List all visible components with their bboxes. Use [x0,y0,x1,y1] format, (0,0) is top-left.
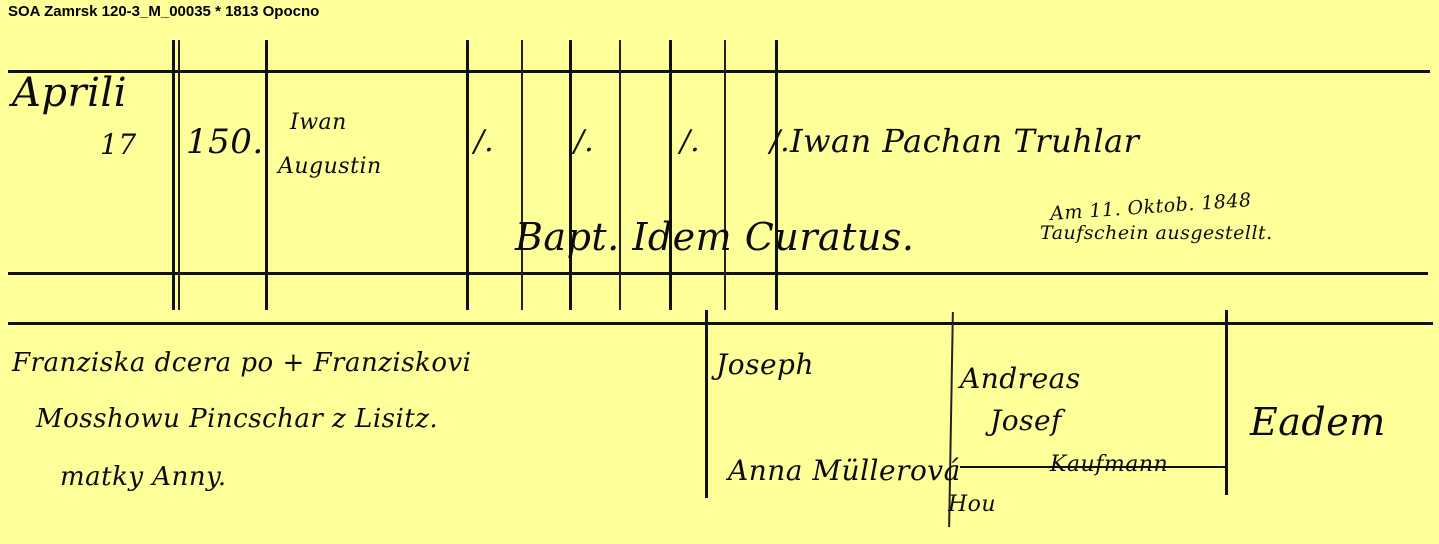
father-name: Iwan Pachan Truhlar [790,122,1139,160]
entry-month: Aprili [12,70,127,116]
col-divider [775,40,778,310]
col-divider [172,40,175,310]
annotation-note: Taufschein ausgestellt. [1040,222,1273,244]
document-caption: SOA Zamrsk 120-3_M_00035 * 1813 Opocno [8,3,319,20]
mother-line2: Mosshowu Pincschar z Lisitz. [36,404,438,434]
col-divider [619,40,621,310]
godparent1-line1: Joseph [716,348,814,381]
godparent2-line1: Andreas [960,362,1081,395]
rule-lower [8,322,1433,325]
godparent2-line2: Josef [990,404,1062,437]
godparent1-line2: Anna Müllerová [728,454,961,487]
entry-number: 150. [186,122,264,162]
baptized-by: Bapt. Idem Curatus. [515,215,914,259]
tick-mark: /. [574,124,594,159]
annotation-date: Am 11. Oktob. 1848 [1049,189,1252,225]
col-divider [669,40,672,310]
tick-mark: /. [770,124,790,159]
godparent2-line4: Hou [948,492,996,517]
rule-middle [8,272,1428,275]
tick-mark: /. [680,124,700,159]
col-divider [178,40,180,310]
mother-line3: matky Anny. [60,462,227,492]
col-divider [705,310,708,498]
col-divider [466,40,469,310]
midwife-name: Eadem [1250,400,1386,444]
entry-day: 17 [100,128,137,161]
child-name-line2: Augustin [278,154,382,179]
rule-top [8,70,1430,73]
col-divider [521,40,523,310]
godparent2-line3: Kaufmann [1050,452,1168,477]
col-divider [724,40,726,310]
tick-mark: /. [474,124,494,159]
col-divider [1225,310,1228,495]
col-divider [569,40,572,310]
mother-line1: Franziska dcera po + Franziskovi [12,348,471,378]
col-divider [265,40,268,310]
child-name-line1: Iwan [290,110,347,135]
